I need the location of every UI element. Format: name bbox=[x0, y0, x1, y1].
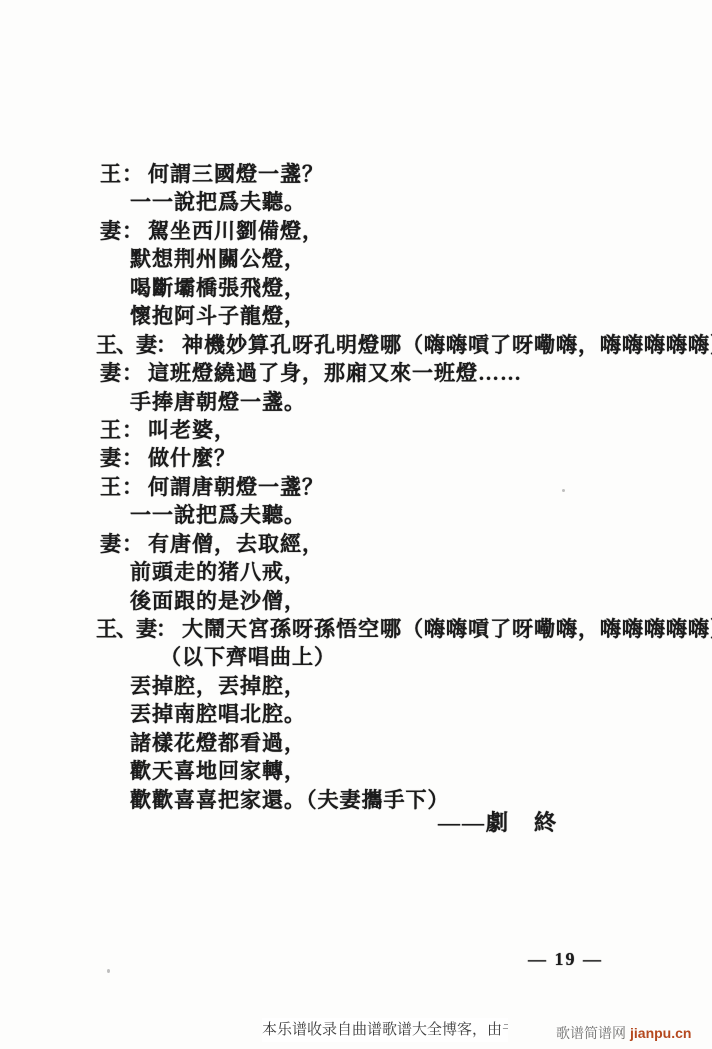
script-line: 默想荆州關公燈， bbox=[0, 245, 712, 273]
site-watermark: 歌谱简谱网jianpu.cn bbox=[556, 1023, 691, 1043]
dialogue-text: 手捧唐朝燈一盞。 bbox=[130, 390, 306, 414]
dialogue-text: 何謂唐朝燈一盞？ bbox=[148, 475, 324, 499]
dialogue-text: 後面跟的是沙僧， bbox=[130, 589, 306, 613]
script-line: 喝斷壩橋張飛燈， bbox=[0, 274, 712, 302]
speaker-label: 妻： bbox=[100, 530, 144, 558]
dialogue-text: 諸樣花燈都看過， bbox=[130, 731, 306, 755]
script-line: 一一說把爲夫聽。 bbox=[0, 188, 712, 216]
speaker-label: 妻： bbox=[100, 359, 144, 387]
script-line: 後面跟的是沙僧， bbox=[0, 587, 712, 615]
speaker-label: 妻： bbox=[100, 217, 144, 245]
dialogue-text: 叫老婆， bbox=[148, 418, 236, 442]
speaker-label: 王： bbox=[100, 160, 144, 188]
dialogue-text: 歡歡喜喜把家還。（夫妻攜手下） bbox=[130, 788, 450, 812]
scan-speck bbox=[562, 489, 565, 492]
dialogue-text: 神機妙算孔呀孔明燈哪（嗨嗨嗊了呀嘞嗨，嗨嗨嗨嗨嗨）。 bbox=[182, 333, 712, 357]
script-line: 妻：駕坐西川劉備燈， bbox=[0, 217, 712, 245]
script-line: 前頭走的猪八戒， bbox=[0, 558, 712, 586]
dialogue-text: 一一說把爲夫聽。 bbox=[130, 190, 306, 214]
dialogue-text: 駕坐西川劉備燈， bbox=[148, 219, 324, 243]
script-line: 王：叫老婆， bbox=[0, 416, 712, 444]
script-line: 王：何謂三國燈一盞？ bbox=[0, 160, 712, 188]
watermark-domain: jianpu.cn bbox=[630, 1025, 691, 1041]
script-text-block: 王：何謂三國燈一盞？ 一一說把爲夫聽。 妻：駕坐西川劉備燈， 默想荆州關公燈， … bbox=[0, 160, 712, 814]
script-line: 丟掉腔，丟掉腔， bbox=[0, 672, 712, 700]
dialogue-text: 喝斷壩橋張飛燈， bbox=[130, 276, 306, 300]
stage-direction-text: （以下齊唱曲上） bbox=[160, 645, 336, 669]
dialogue-text: 丟掉腔，丟掉腔， bbox=[130, 674, 306, 698]
script-line: 歡天喜地回家轉， bbox=[0, 757, 712, 785]
scan-speck bbox=[107, 969, 110, 973]
script-line: 諸樣花燈都看過， bbox=[0, 729, 712, 757]
script-line: 妻：有唐僧，去取經， bbox=[0, 530, 712, 558]
script-line: 一一說把爲夫聽。 bbox=[0, 501, 712, 529]
dialogue-text: 何謂三國燈一盞？ bbox=[148, 162, 324, 186]
dialogue-text: 有唐僧，去取經， bbox=[148, 532, 324, 556]
script-line: 手捧唐朝燈一盞。 bbox=[0, 388, 712, 416]
scanned-script-page: 王：何謂三國燈一盞？ 一一說把爲夫聽。 妻：駕坐西川劉備燈， 默想荆州關公燈， … bbox=[0, 0, 712, 1049]
script-line: 王、妻：大鬧天宮孫呀孫悟空哪（嗨嗨嗊了呀嘞嗨，嗨嗨嗨嗨嗨）。 bbox=[0, 615, 712, 643]
page-number: — 19 — bbox=[528, 949, 603, 970]
dialogue-text: 默想荆州關公燈， bbox=[130, 247, 306, 271]
script-line: 王、妻：神機妙算孔呀孔明燈哪（嗨嗨嗊了呀嘞嗨，嗨嗨嗨嗨嗨）。 bbox=[0, 331, 712, 359]
speaker-label: 王、妻： bbox=[96, 615, 176, 643]
stage-direction: （以下齊唱曲上） bbox=[0, 643, 712, 671]
dialogue-text: 一一說把爲夫聽。 bbox=[130, 503, 306, 527]
dialogue-text: 歡天喜地回家轉， bbox=[130, 759, 306, 783]
script-line: 王：何謂唐朝燈一盞？ bbox=[0, 473, 712, 501]
script-line: 妻：做什麼？ bbox=[0, 444, 712, 472]
dialogue-text: 丟掉南腔唱北腔。 bbox=[130, 702, 306, 726]
speaker-label: 王、妻： bbox=[96, 331, 176, 359]
script-line: 歡歡喜喜把家還。（夫妻攜手下） bbox=[0, 786, 712, 814]
dialogue-text: 這班燈繞過了身，那廂又來一班燈…… bbox=[148, 361, 522, 385]
footer-source-note: 本乐谱收录自曲谱歌谱大全博客，由书 bbox=[262, 1018, 508, 1042]
script-line: 妻：這班燈繞過了身，那廂又來一班燈…… bbox=[0, 359, 712, 387]
dialogue-text: 前頭走的猪八戒， bbox=[130, 560, 306, 584]
speaker-label: 王： bbox=[100, 416, 144, 444]
end-of-play-mark: ——劇 終 bbox=[438, 806, 558, 837]
watermark-site-name: 歌谱简谱网 bbox=[556, 1025, 626, 1041]
speaker-label: 妻： bbox=[100, 444, 144, 472]
script-line: 丟掉南腔唱北腔。 bbox=[0, 700, 712, 728]
dialogue-text: 大鬧天宮孫呀孫悟空哪（嗨嗨嗊了呀嘞嗨，嗨嗨嗨嗨嗨）。 bbox=[182, 617, 712, 641]
dialogue-text: 做什麼？ bbox=[148, 446, 236, 470]
script-line: 懷抱阿斗子龍燈， bbox=[0, 302, 712, 330]
speaker-label: 王： bbox=[100, 473, 144, 501]
dialogue-text: 懷抱阿斗子龍燈， bbox=[130, 304, 306, 328]
